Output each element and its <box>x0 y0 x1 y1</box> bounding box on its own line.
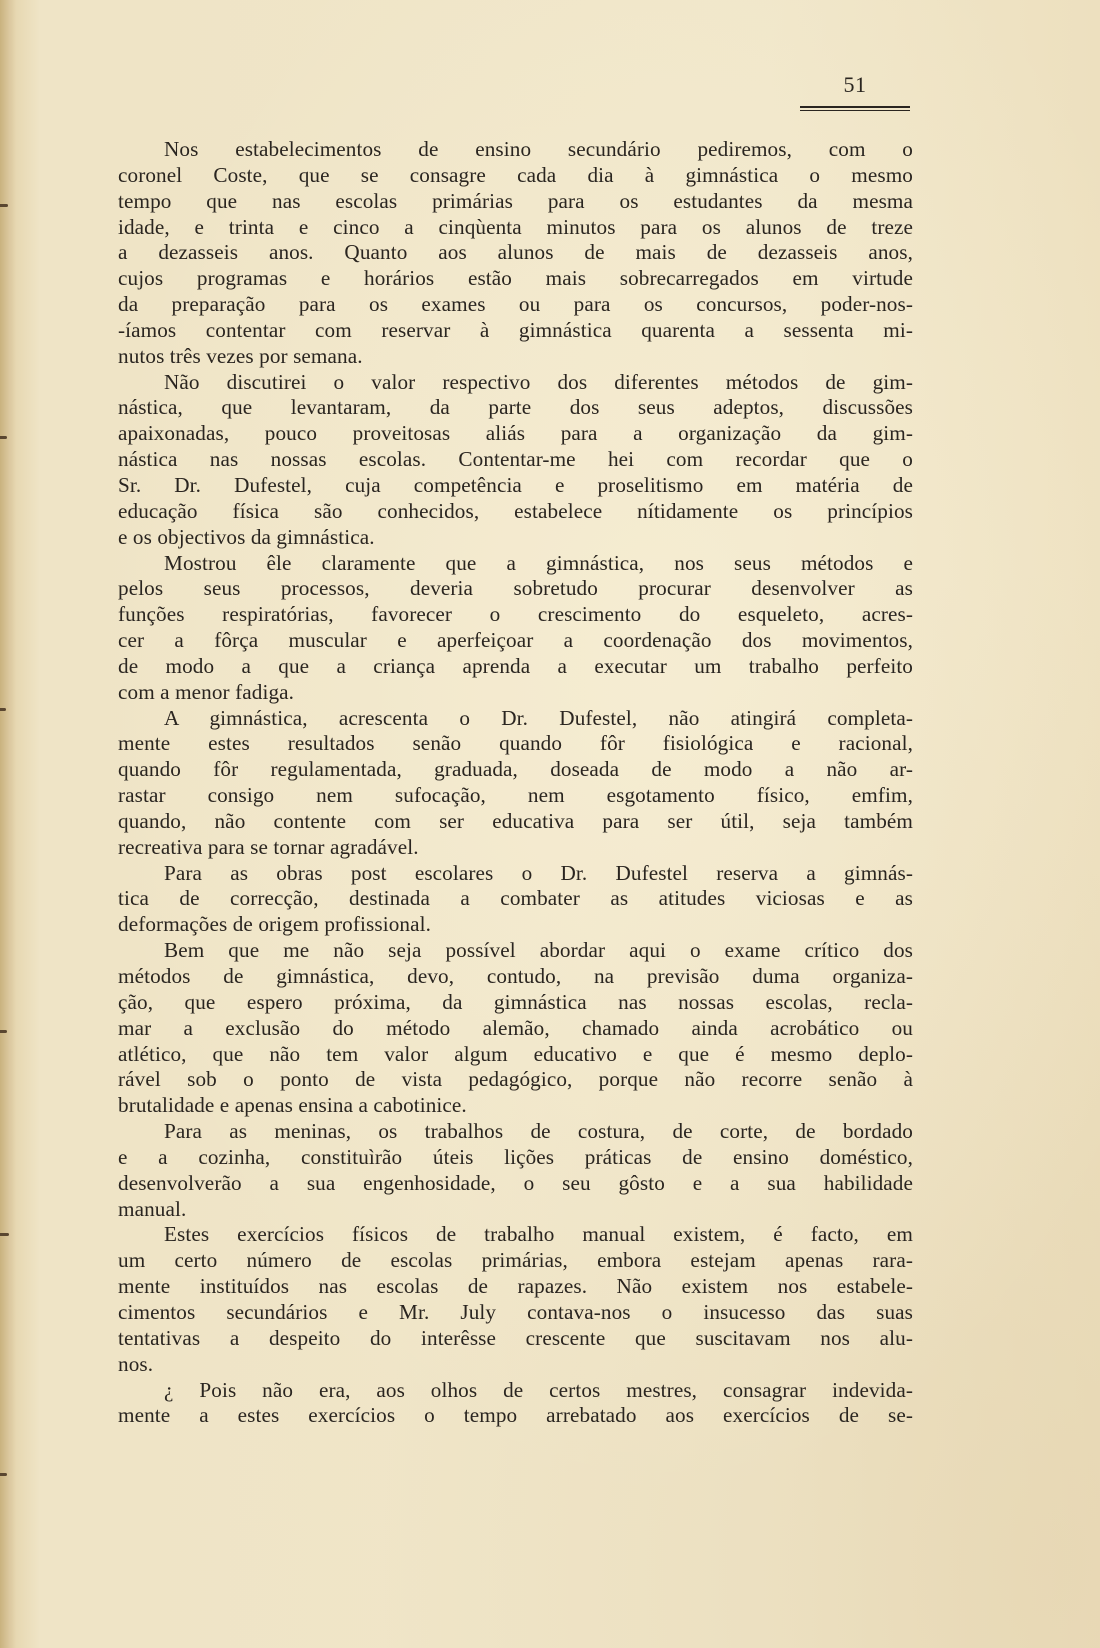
text-line: Estes exercícios físicos de trabalho man… <box>118 1222 913 1248</box>
text-line: educação física são conhecidos, estabele… <box>118 499 913 525</box>
text-line: tica de correcção, destinada a combater … <box>118 886 913 912</box>
binding-stitch-mark <box>0 436 7 439</box>
paragraph: Nos estabelecimentos de ensino secundári… <box>118 137 913 370</box>
text-line: A gimnástica, acrescenta o Dr. Dufestel,… <box>118 706 913 732</box>
text-line: recreativa para se tornar agradável. <box>118 835 913 861</box>
text-line: com a menor fadiga. <box>118 680 913 706</box>
text-line: rastar consigo nem sufocação, nem esgota… <box>118 783 913 809</box>
page-header: 51 <box>800 74 910 111</box>
text-line: e a cozinha, constituìrão úteis lições p… <box>118 1145 913 1171</box>
header-double-rule <box>800 106 910 111</box>
binding-stitch-mark <box>0 204 8 207</box>
text-line: nástica, que levantaram, da parte dos se… <box>118 395 913 421</box>
text-line: cimentos secundários e Mr. July contava-… <box>118 1300 913 1326</box>
binding-stitch-mark <box>0 708 6 711</box>
text-line: idade, e trinta e cinco a cinqùenta minu… <box>118 215 913 241</box>
text-line: ¿ Pois não era, aos olhos de certos mest… <box>118 1378 913 1404</box>
paragraph: Mostrou êle claramente que a gimnástica,… <box>118 551 913 706</box>
paragraph: A gimnástica, acrescenta o Dr. Dufestel,… <box>118 706 913 861</box>
text-line: funções respiratórias, favorecer o cresc… <box>118 602 913 628</box>
text-line: mente instituídos nas escolas de rapazes… <box>118 1274 913 1300</box>
text-line: brutalidade e apenas ensina a cabotinice… <box>118 1093 913 1119</box>
binding-stitch-mark <box>0 1030 7 1033</box>
text-line: Mostrou êle claramente que a gimnástica,… <box>118 551 913 577</box>
paragraph: Bem que me não seja possível abordar aqu… <box>118 938 913 1119</box>
page-number: 51 <box>800 74 910 96</box>
text-line: coronel Coste, que se consagre cada dia … <box>118 163 913 189</box>
text-line: Bem que me não seja possível abordar aqu… <box>118 938 913 964</box>
paragraph: Estes exercícios físicos de trabalho man… <box>118 1222 913 1377</box>
text-line: um certo número de escolas primárias, em… <box>118 1248 913 1274</box>
text-line: de modo a que a criança aprenda a execut… <box>118 654 913 680</box>
text-line: tentativas a despeito do interêsse cresc… <box>118 1326 913 1352</box>
text-line: tempo que nas escolas primárias para os … <box>118 189 913 215</box>
text-line: rável sob o ponto de vista pedagógico, p… <box>118 1067 913 1093</box>
paragraph: ¿ Pois não era, aos olhos de certos mest… <box>118 1378 913 1430</box>
text-line: Para as obras post escolares o Dr. Dufes… <box>118 861 913 887</box>
binding-stitch-mark <box>0 1233 9 1236</box>
text-line: a dezasseis anos. Quanto aos alunos de m… <box>118 240 913 266</box>
paragraph: Não discutirei o valor respectivo dos di… <box>118 370 913 551</box>
text-line: desenvolverão a sua engenhosidade, o seu… <box>118 1171 913 1197</box>
text-line: deformações de origem profissional. <box>118 912 913 938</box>
text-line: manual. <box>118 1197 913 1223</box>
body-text: Nos estabelecimentos de ensino secundári… <box>118 137 913 1429</box>
text-line: cer a fôrça muscular e aperfeiçoar a coo… <box>118 628 913 654</box>
text-line: Não discutirei o valor respectivo dos di… <box>118 370 913 396</box>
text-line: cujos programas e horários estão mais so… <box>118 266 913 292</box>
text-line: nos. <box>118 1352 913 1378</box>
text-line: nutos três vezes por semana. <box>118 344 913 370</box>
text-line: da preparação para os exames ou para os … <box>118 292 913 318</box>
text-line: e os objectivos da gimnástica. <box>118 525 913 551</box>
text-line: mar a exclusão do método alemão, chamado… <box>118 1016 913 1042</box>
text-line: -íamos contentar com reservar à gimnásti… <box>118 318 913 344</box>
text-line: mente a estes exercícios o tempo arrebat… <box>118 1403 913 1429</box>
text-line: quando, não contente com ser educativa p… <box>118 809 913 835</box>
page-binding-edge <box>0 0 16 1648</box>
text-line: mente estes resultados senão quando fôr … <box>118 731 913 757</box>
paragraph: Para as meninas, os trabalhos de costura… <box>118 1119 913 1222</box>
text-line: nástica nas nossas escolas. Contentar-me… <box>118 447 913 473</box>
text-line: atlético, que não tem valor algum educat… <box>118 1042 913 1068</box>
binding-stitch-mark <box>0 1473 7 1476</box>
text-line: ção, que espero próxima, da gimnástica n… <box>118 990 913 1016</box>
text-line: métodos de gimnástica, devo, contudo, na… <box>118 964 913 990</box>
text-line: Sr. Dr. Dufestel, cuja competência e pro… <box>118 473 913 499</box>
text-line: Para as meninas, os trabalhos de costura… <box>118 1119 913 1145</box>
paragraph: Para as obras post escolares o Dr. Dufes… <box>118 861 913 939</box>
text-line: apaixonadas, pouco proveitosas aliás par… <box>118 421 913 447</box>
text-line: Nos estabelecimentos de ensino secundári… <box>118 137 913 163</box>
text-line: pelos seus processos, deveria sobretudo … <box>118 576 913 602</box>
text-line: quando fôr regulamentada, graduada, dose… <box>118 757 913 783</box>
